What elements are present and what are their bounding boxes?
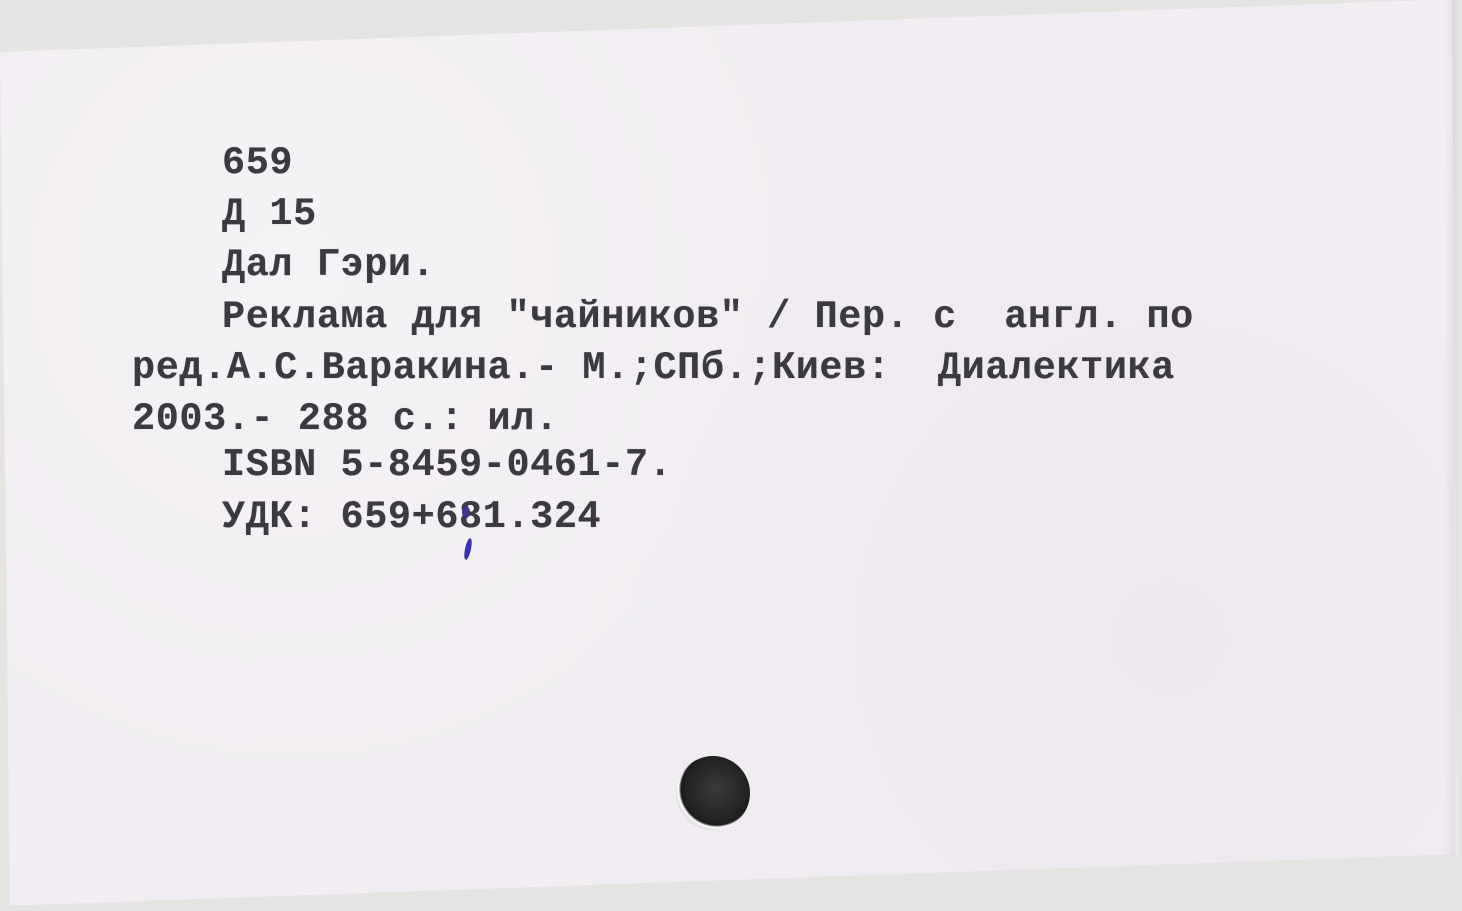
punch-hole bbox=[676, 756, 750, 830]
pen-ink-dot bbox=[462, 506, 470, 518]
publication-line: ред.А.С.Варакина.- М.;СПб.;Киев: Диалект… bbox=[132, 343, 1175, 394]
isbn: ISBN 5-8459-0461-7. bbox=[222, 440, 672, 491]
udk: УДК: 659+681.324 bbox=[222, 492, 601, 543]
extent-line: 2003.- 288 с.: ил. bbox=[132, 394, 559, 445]
call-number: 659 bbox=[222, 138, 293, 189]
title-line: Реклама для "чайников" / Пер. с англ. по bbox=[222, 292, 1194, 343]
author: Дал Гэри. bbox=[222, 240, 435, 291]
author-mark: Д 15 bbox=[222, 189, 317, 240]
